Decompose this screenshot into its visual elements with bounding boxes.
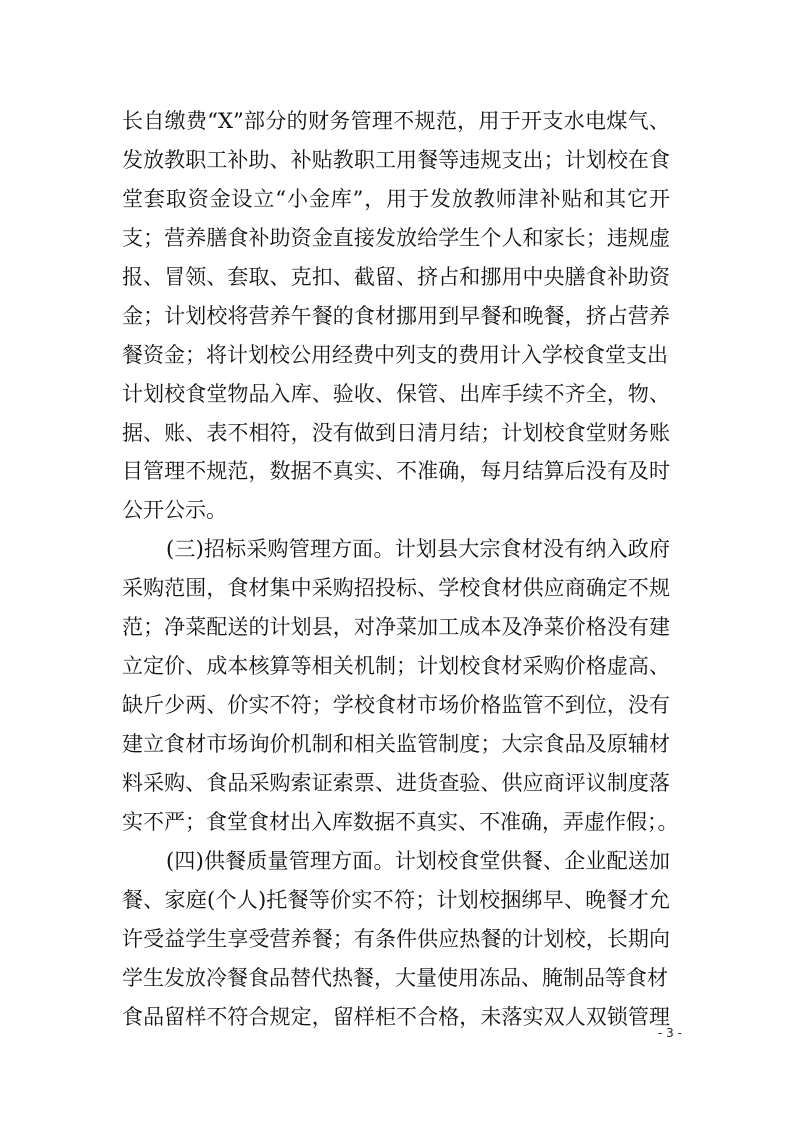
text-line: 目管理不规范，数据不真实、不准确，每月结算后没有及时 bbox=[122, 452, 670, 491]
text-line: 报、冒领、套取、克扣、截留、挤占和挪用中央膳食补助资 bbox=[122, 258, 670, 297]
text-line: 支；营养膳食补助资金直接发放给学生个人和家长；违规虚 bbox=[122, 219, 670, 258]
text-line: 食品留样不符合规定，留样柜不合格，未落实双人双锁管理 bbox=[122, 998, 670, 1037]
body-text: 长自缴费“X”部分的财务管理不规范，用于开支水电煤气、 发放教职工补助、补贴教职… bbox=[122, 102, 670, 1037]
page-number: - 3 - bbox=[640, 1026, 700, 1040]
text-line: 料采购、食品采购索证索票、进货查验、供应商评议制度落 bbox=[122, 764, 670, 803]
text-line: 发放教职工补助、补贴教职工用餐等违规支出；计划校在食 bbox=[122, 141, 670, 180]
text-line: 公开公示。 bbox=[122, 491, 670, 530]
text-line: 实不严；食堂食材出入库数据不真实、不准确，弄虚作假；。 bbox=[122, 803, 670, 842]
text-line: 金；计划校将营养午餐的食材挪用到早餐和晚餐，挤占营养 bbox=[122, 297, 670, 336]
text-line: 建立食材市场询价机制和相关监管制度；大宗食品及原辅材 bbox=[122, 725, 670, 764]
text-line: 堂套取资金设立“小金库”，用于发放教师津补贴和其它开 bbox=[122, 180, 670, 219]
text-line: 缺斤少两、价实不符；学校食材市场价格监管不到位，没有 bbox=[122, 686, 670, 725]
text-line: 长自缴费“X”部分的财务管理不规范，用于开支水电煤气、 bbox=[122, 102, 670, 141]
text-line: 餐、家庭(个人)托餐等价实不符；计划校捆绑早、晚餐才允 bbox=[122, 881, 670, 920]
text-line: 学生发放冷餐食品替代热餐，大量使用冻品、腌制品等食材； bbox=[122, 959, 670, 998]
text-line: 餐资金；将计划校公用经费中列支的费用计入学校食堂支出； bbox=[122, 336, 670, 375]
text-line: 计划校食堂物品入库、验收、保管、出库手续不齐全，物、 bbox=[122, 375, 670, 414]
section-heading-line: (三)招标采购管理方面。计划县大宗食材没有纳入政府 bbox=[122, 530, 670, 569]
text-line: 许受益学生享受营养餐；有条件供应热餐的计划校，长期向 bbox=[122, 920, 670, 959]
text-line: 立定价、成本核算等相关机制；计划校食材采购价格虚高、 bbox=[122, 647, 670, 686]
document-page: 长自缴费“X”部分的财务管理不规范，用于开支水电煤气、 发放教职工补助、补贴教职… bbox=[0, 0, 793, 1122]
text-line: 据、账、表不相符，没有做到日清月结；计划校食堂财务账 bbox=[122, 414, 670, 453]
text-line: 采购范围，食材集中采购招投标、学校食材供应商确定不规 bbox=[122, 569, 670, 608]
text-line: 范；净菜配送的计划县，对净菜加工成本及净菜价格没有建 bbox=[122, 608, 670, 647]
section-heading-line: (四)供餐质量管理方面。计划校食堂供餐、企业配送加 bbox=[122, 842, 670, 881]
